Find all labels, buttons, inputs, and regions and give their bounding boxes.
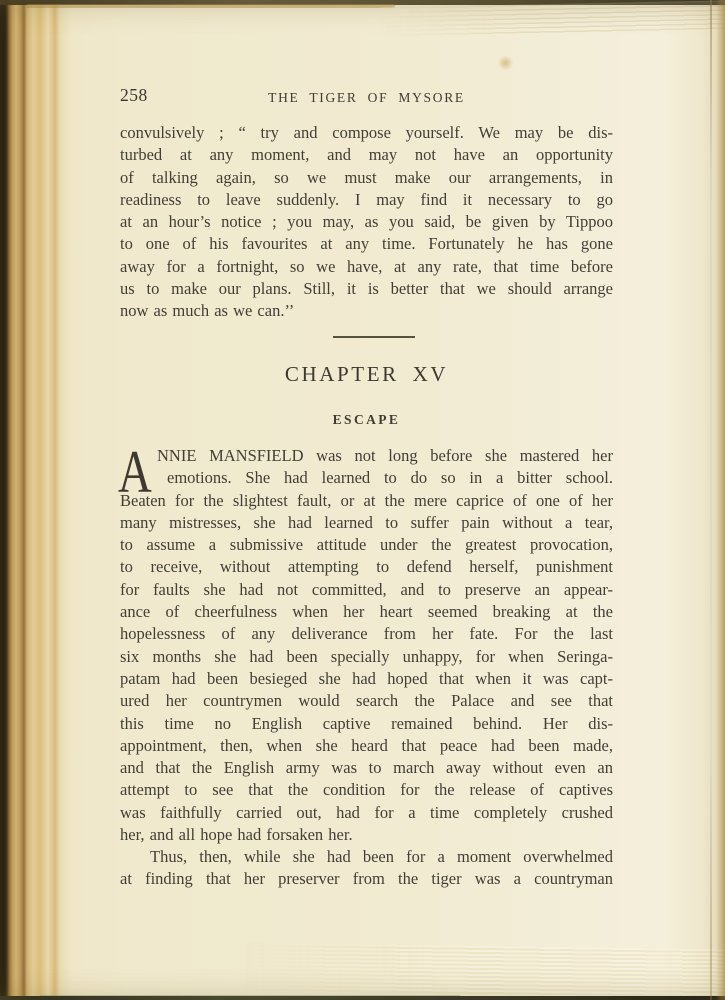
text-line: of talking again, so we must make our ar…: [120, 167, 613, 189]
text-line: to receive, without attempting to defend…: [120, 556, 613, 578]
running-title: THE TIGER OF MYSORE: [120, 87, 613, 109]
text-line: us to make our plans. Still, it is bette…: [120, 278, 613, 300]
drop-cap: A: [118, 448, 152, 496]
text-line: and that the English army was to march a…: [120, 757, 613, 779]
paragraph-continuation: convulsively ; “ try and compose yoursel…: [120, 122, 613, 323]
text-line: at finding that her preserver from the t…: [120, 868, 613, 890]
book-page-photo: 258 THE TIGER OF MYSORE convulsively ; “…: [0, 0, 725, 1000]
text-line: emotions. She had learned to do so in a …: [120, 467, 613, 489]
chapter-opening-paragraph: A NNIE MANSFIELD was not long before she…: [120, 445, 613, 846]
text-line: appointment, then, when she heard that p…: [120, 735, 613, 757]
text-line: hopelessness of any deliverance from her…: [120, 623, 613, 645]
text-line: now as much as we can.’’: [120, 300, 613, 322]
closing-paragraph: Thus, then, while she had been for a mom…: [120, 846, 613, 891]
text-line: six months she had been specially unhapp…: [120, 646, 613, 668]
text-line: readiness to leave suddenly. I may find …: [120, 189, 613, 211]
text-line: turbed at any moment, and may not have a…: [120, 144, 613, 166]
text-line: many mistresses, she had learned to suff…: [120, 512, 613, 534]
text-line: away for a fortnight, so we have, at any…: [120, 256, 613, 278]
chapter-heading: CHAPTER XV: [120, 363, 613, 385]
page-edge-crease: [710, 0, 712, 1000]
printed-text-block: 258 THE TIGER OF MYSORE convulsively ; “…: [120, 0, 613, 1000]
text-line: convulsively ; “ try and compose yoursel…: [120, 122, 613, 144]
text-line: for faults she had not committed, and to…: [120, 579, 613, 601]
text-line: was faithfully carried out, had for a ti…: [120, 802, 613, 824]
text-line: ured her countrymen would search the Pal…: [120, 690, 613, 712]
text-line: to one of his favourites at any time. Fo…: [120, 233, 613, 255]
text-line: at an hour’s notice ; you may, as you sa…: [120, 211, 613, 233]
text-line: ance of cheerfulness when her heart seem…: [120, 601, 613, 623]
chapter-subtitle: ESCAPE: [120, 409, 613, 431]
page-header: 258 THE TIGER OF MYSORE: [120, 84, 613, 106]
text-line: attempt to see that the condition for th…: [120, 779, 613, 801]
text-line: Beaten for the slightest fault, or at th…: [120, 490, 613, 512]
section-divider-rule: [333, 336, 415, 338]
text-line: this time no English captive remained be…: [120, 713, 613, 735]
text-line: Thus, then, while she had been for a mom…: [120, 846, 613, 868]
text-line: patam had been besieged she had hoped th…: [120, 668, 613, 690]
text-line: NNIE MANSFIELD was not long before she m…: [120, 445, 613, 467]
text-line: her, and all hope had forsaken her.: [120, 824, 613, 846]
text-line: to assume a submissive attitude under th…: [120, 534, 613, 556]
page-right-edge: [716, 0, 725, 1000]
